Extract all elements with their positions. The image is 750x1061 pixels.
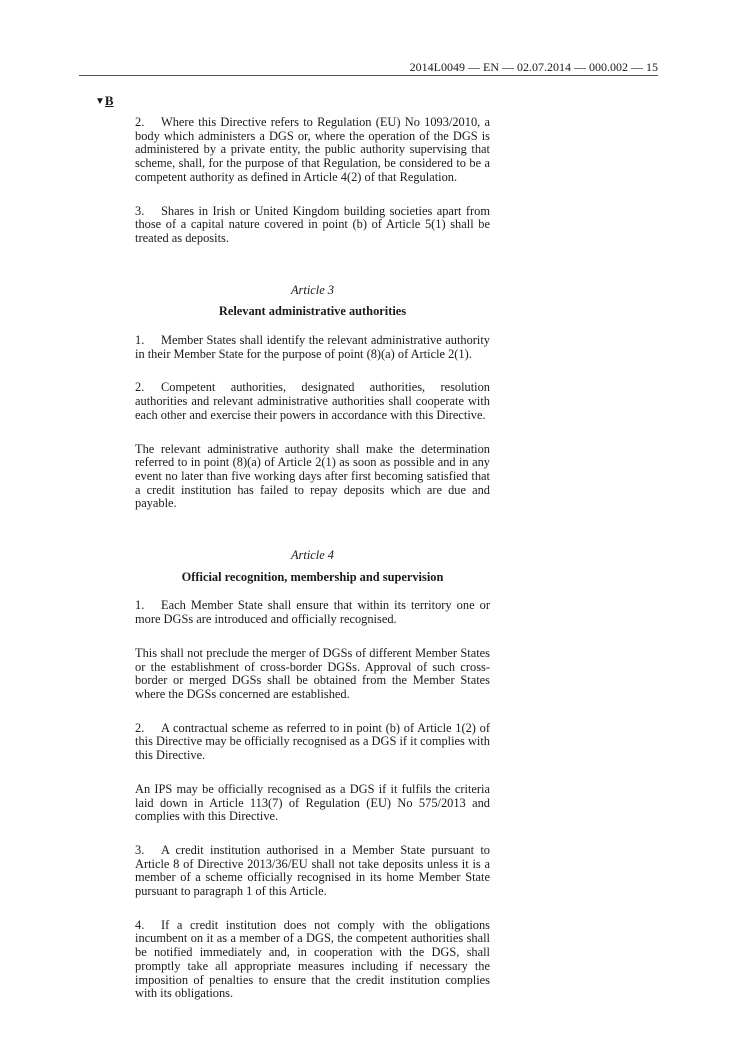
paragraph-number: 1. <box>135 599 161 613</box>
document-body: 2.Where this Directive refers to Regulat… <box>135 116 490 1001</box>
article-4-subparagraph-1: This shall not preclude the merger of DG… <box>135 647 490 702</box>
article-3-paragraph-1: 1.Member States shall identify the relev… <box>135 334 490 361</box>
paragraph-3: 3.Shares in Irish or United Kingdom buil… <box>135 205 490 246</box>
paragraph-text: Competent authorities, designated author… <box>135 380 490 421</box>
document-reference-header: 2014L0049 — EN — 02.07.2014 — 000.002 — … <box>79 61 658 74</box>
paragraph-text: This shall not preclude the merger of DG… <box>135 646 490 701</box>
article-3-title: Article 3 <box>135 284 490 298</box>
article-3-heading: Relevant administrative authorities <box>135 305 490 319</box>
paragraph-number: 4. <box>135 919 161 933</box>
paragraph-number: 2. <box>135 722 161 736</box>
article-4-paragraph-3: 3.A credit institution authorised in a M… <box>135 844 490 899</box>
triangle-down-icon: ▼ <box>95 96 105 107</box>
paragraph-number: 3. <box>135 844 161 858</box>
article-4-paragraph-4: 4.If a credit institution does not compl… <box>135 919 490 1001</box>
paragraph-number: 2. <box>135 116 161 130</box>
paragraph-text: An IPS may be officially recognised as a… <box>135 782 490 823</box>
paragraph-text: A contractual scheme as referred to in p… <box>135 721 490 762</box>
paragraph-text: A credit institution authorised in a Mem… <box>135 843 490 898</box>
article-3-paragraph-2: 2.Competent authorities, designated auth… <box>135 381 490 422</box>
article-4-paragraph-1: 1.Each Member State shall ensure that wi… <box>135 599 490 626</box>
article-4-subparagraph-2: An IPS may be officially recognised as a… <box>135 783 490 824</box>
article-4-paragraph-2: 2.A contractual scheme as referred to in… <box>135 722 490 763</box>
amendment-marker-label: B <box>105 93 114 108</box>
paragraph-text: Where this Directive refers to Regulatio… <box>135 115 490 184</box>
paragraph-text: Shares in Irish or United Kingdom buildi… <box>135 204 490 245</box>
paragraph-number: 2. <box>135 381 161 395</box>
paragraph-text: If a credit institution does not comply … <box>135 918 490 1001</box>
paragraph-text: Each Member State shall ensure that with… <box>135 598 490 626</box>
article-4-title: Article 4 <box>135 549 490 563</box>
article-3-subparagraph: The relevant administrative authority sh… <box>135 443 490 512</box>
header-divider <box>79 75 658 76</box>
paragraph-number: 1. <box>135 334 161 348</box>
paragraph-2: 2.Where this Directive refers to Regulat… <box>135 116 490 185</box>
paragraph-number: 3. <box>135 205 161 219</box>
article-4-heading: Official recognition, membership and sup… <box>135 571 490 585</box>
amendment-marker: ▼B <box>95 93 114 111</box>
paragraph-text: The relevant administrative authority sh… <box>135 442 490 511</box>
paragraph-text: Member States shall identify the relevan… <box>135 333 490 361</box>
